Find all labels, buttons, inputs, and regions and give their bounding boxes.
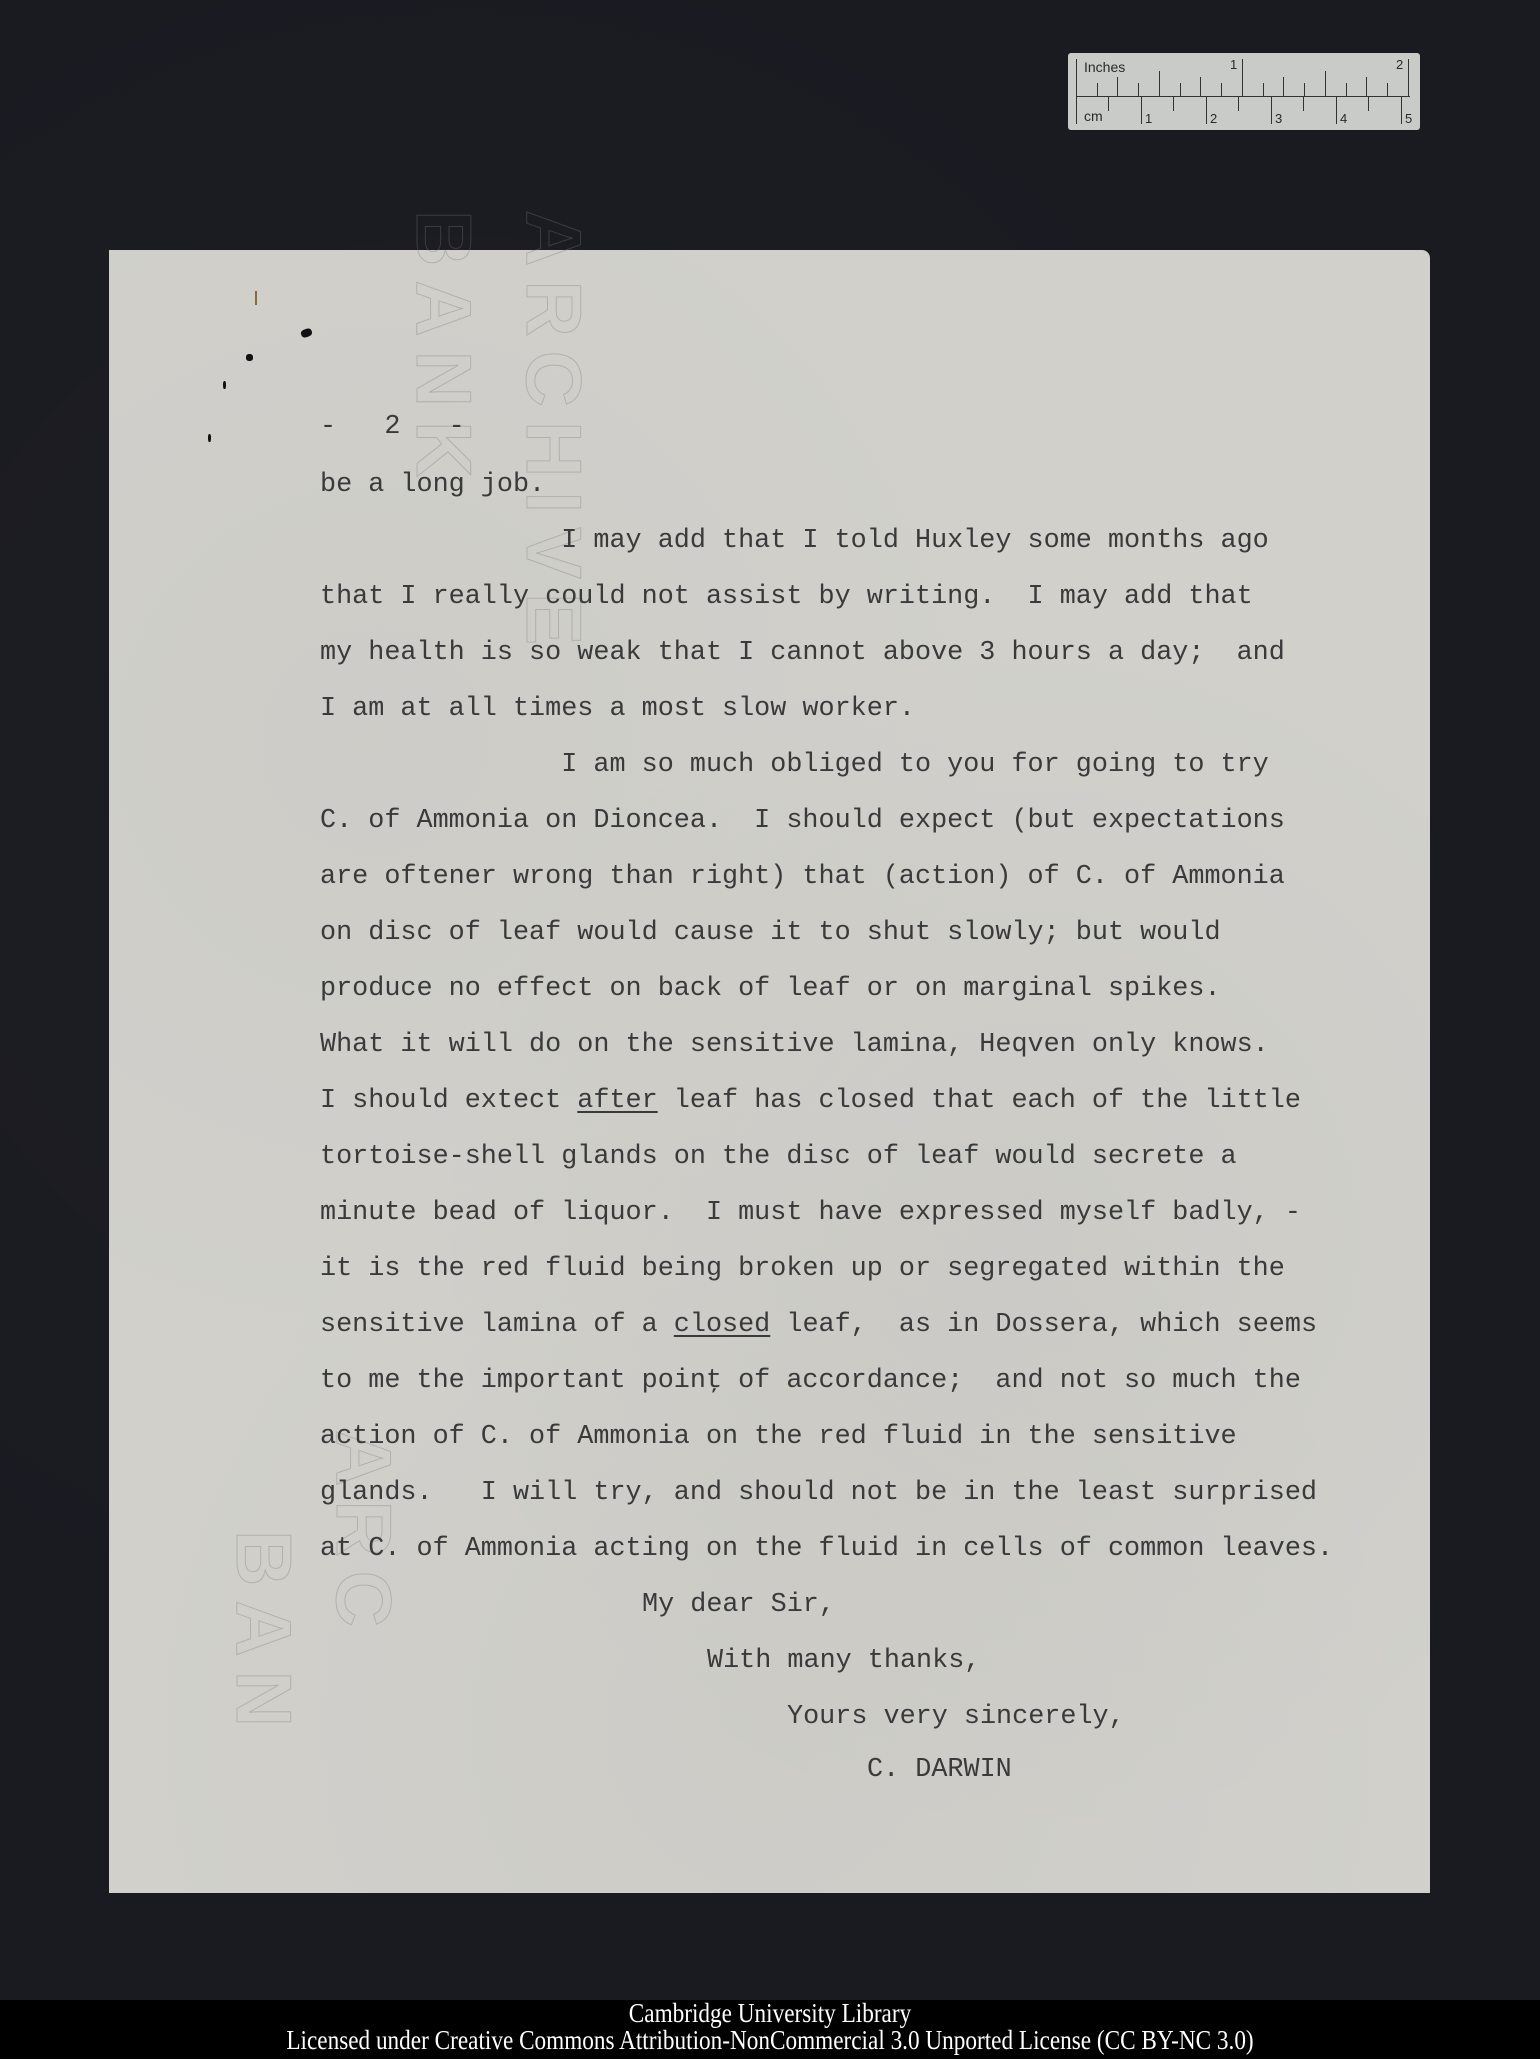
ruler-tick bbox=[1117, 77, 1118, 96]
closing-thanks: With many thanks, bbox=[707, 1646, 980, 1676]
ruler-tick bbox=[1221, 83, 1222, 96]
ruler-tick bbox=[1097, 83, 1098, 96]
letter-line: I may add that I told Huxley some months… bbox=[320, 526, 1269, 556]
ruler-tick bbox=[1304, 83, 1305, 96]
ruler-tick bbox=[1346, 83, 1347, 96]
ruler-inch-number: 1 bbox=[1230, 57, 1237, 72]
ruler-tick bbox=[1271, 96, 1272, 124]
ruler-tick bbox=[1368, 96, 1369, 111]
ruler-tick bbox=[1173, 96, 1174, 111]
ruler-tick bbox=[1108, 96, 1109, 111]
ruler-tick bbox=[1138, 83, 1139, 96]
letter-line: at C. of Ammonia acting on the fluid in … bbox=[320, 1534, 1333, 1564]
letter-line: minute bead of liquor. I must have expre… bbox=[320, 1198, 1301, 1228]
page-number: - 2 - bbox=[320, 412, 465, 442]
ruler-tick bbox=[1076, 59, 1077, 96]
ruler-tick bbox=[1303, 96, 1304, 111]
ruler-cm-number: 3 bbox=[1275, 111, 1282, 126]
paper-blemish bbox=[223, 381, 226, 389]
letter-line: that I really could not assist by writin… bbox=[320, 582, 1253, 612]
letter-line: action of C. of Ammonia on the red fluid… bbox=[320, 1422, 1237, 1452]
letter-line: I am at all times a most slow worker. bbox=[320, 694, 915, 724]
closing-valediction: Yours very sincerely, bbox=[787, 1702, 1125, 1732]
letter-line-rest: leaf, as in Dossera, which seems bbox=[770, 1310, 1317, 1340]
letter-line: on disc of leaf would cause it to shut s… bbox=[320, 918, 1221, 948]
ruler-tick bbox=[1180, 83, 1181, 96]
signature: C. DARWIN bbox=[867, 1755, 1012, 1785]
watermark: BAN bbox=[218, 1530, 309, 1741]
letter-line: I am so much obliged to you for going to… bbox=[320, 750, 1269, 780]
ruler-cm-number: 5 bbox=[1405, 111, 1412, 126]
letter-line-start: I should extect bbox=[320, 1086, 577, 1116]
letter-line: are oftener wrong than right) that (acti… bbox=[320, 862, 1285, 892]
letter-line: glands. I will try, and should not be in… bbox=[320, 1478, 1317, 1508]
ruler-tick bbox=[1283, 77, 1284, 96]
ruler-tick bbox=[1336, 96, 1337, 124]
ruler-tick bbox=[1366, 77, 1367, 96]
ruler-inches-label: Inches bbox=[1084, 59, 1125, 75]
letter-line: be a long job. bbox=[320, 470, 545, 500]
ruler-tick bbox=[1076, 96, 1077, 124]
letter-line-rest: leaf has closed that each of the little bbox=[658, 1086, 1301, 1116]
footer-institution: Cambridge University Library bbox=[108, 2000, 1432, 2027]
ruler-baseline bbox=[1076, 96, 1410, 97]
ruler-cm-number: 1 bbox=[1145, 111, 1152, 126]
closing-salutation: My dear Sir, bbox=[642, 1590, 835, 1620]
ruler-cm-number: 4 bbox=[1340, 111, 1347, 126]
ruler-tick bbox=[1325, 71, 1326, 96]
letter-line: produce no effect on back of leaf or on … bbox=[320, 974, 1221, 1004]
paper-blemish bbox=[246, 354, 253, 361]
ruler-cm-label: cm bbox=[1084, 108, 1103, 124]
paper-blemish bbox=[300, 327, 313, 338]
ruler-tick bbox=[1141, 96, 1142, 124]
letter-line: sensitive lamina of a closed leaf, as in… bbox=[320, 1310, 1317, 1340]
ruler-tick bbox=[1408, 59, 1409, 96]
letter-line: my health is so weak that I cannot above… bbox=[320, 638, 1285, 668]
letter-line: to me the important poinţ of accordance;… bbox=[320, 1366, 1301, 1396]
letter-line: What it will do on the sensitive lamina,… bbox=[320, 1030, 1269, 1060]
scale-ruler: Inches cm 1 2 1 2 3 4 5 bbox=[1068, 53, 1420, 130]
ruler-tick bbox=[1159, 71, 1160, 96]
ruler-tick bbox=[1200, 77, 1201, 96]
letter-line: C. of Ammonia on Dioncea. I should expec… bbox=[320, 806, 1285, 836]
letter-line: I should extect after leaf has closed th… bbox=[320, 1086, 1301, 1116]
ruler-tick bbox=[1206, 96, 1207, 124]
ruler-tick bbox=[1238, 96, 1239, 111]
watermark: BANK bbox=[398, 210, 489, 491]
letter-line: it is the red fluid being broken up or s… bbox=[320, 1254, 1285, 1284]
ruler-inch-number: 2 bbox=[1396, 57, 1403, 72]
underlined-word: closed bbox=[674, 1310, 771, 1340]
ruler-tick bbox=[1387, 83, 1388, 96]
footer-license: Licensed under Creative Commons Attribut… bbox=[108, 2027, 1432, 2054]
paper-blemish bbox=[208, 434, 211, 442]
letter-line-start: sensitive lamina of a bbox=[320, 1310, 674, 1340]
ruler-tick bbox=[1401, 96, 1402, 124]
underlined-word: after bbox=[577, 1086, 657, 1116]
ruler-tick bbox=[1263, 83, 1264, 96]
ruler-cm-number: 2 bbox=[1210, 111, 1217, 126]
ruler-tick bbox=[1242, 59, 1243, 96]
license-footer: Cambridge University Library Licensed un… bbox=[0, 2000, 1540, 2059]
paper-blemish bbox=[255, 291, 257, 305]
letter-line: tortoise-shell glands on the disc of lea… bbox=[320, 1142, 1237, 1172]
